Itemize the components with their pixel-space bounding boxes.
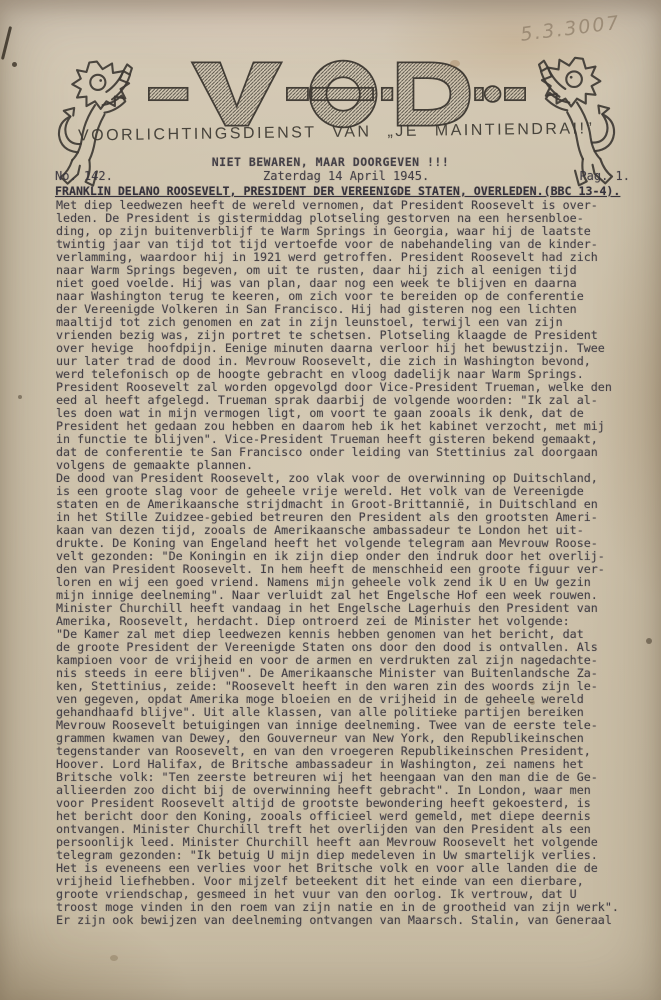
logo-dash — [287, 88, 308, 100]
logo-dot — [485, 86, 501, 102]
issue-date: Zaterdag 14 April 1945. — [263, 169, 429, 183]
logo-dash — [505, 88, 525, 100]
vod-logo — [148, 56, 526, 132]
page-number: Pag. 1. — [579, 169, 630, 183]
ink-mark — [1, 26, 12, 60]
paper-stain — [646, 638, 652, 644]
article-body: Met diep leedwezen heeft de wereld verno… — [56, 199, 634, 927]
pencil-annotation: 5.3.3007 — [519, 8, 651, 46]
logo-dash — [475, 88, 483, 100]
logo-dash — [382, 88, 393, 100]
ink-dot — [12, 62, 17, 67]
issue-number: No. 142. — [55, 169, 113, 183]
paper-stain — [530, 700, 535, 705]
logo-letter-v — [192, 62, 282, 125]
issue-info-row: No. 142. Zaterdag 14 April 1945. Pag. 1. — [55, 169, 630, 183]
logo-dash — [149, 88, 188, 100]
logo-letter-d — [398, 62, 470, 125]
document-page: 5.3.3007 — [0, 0, 661, 1000]
paper-stain — [18, 395, 22, 399]
paper-stain — [110, 955, 118, 961]
paper-stain — [450, 60, 460, 67]
article-headline: FRANKLIN DELANO ROOSEVELT, PRESIDENT DER… — [55, 184, 645, 198]
masthead-slogan: NIET BEWAREN, MAAR DOORGEVEN !!! — [0, 155, 661, 169]
